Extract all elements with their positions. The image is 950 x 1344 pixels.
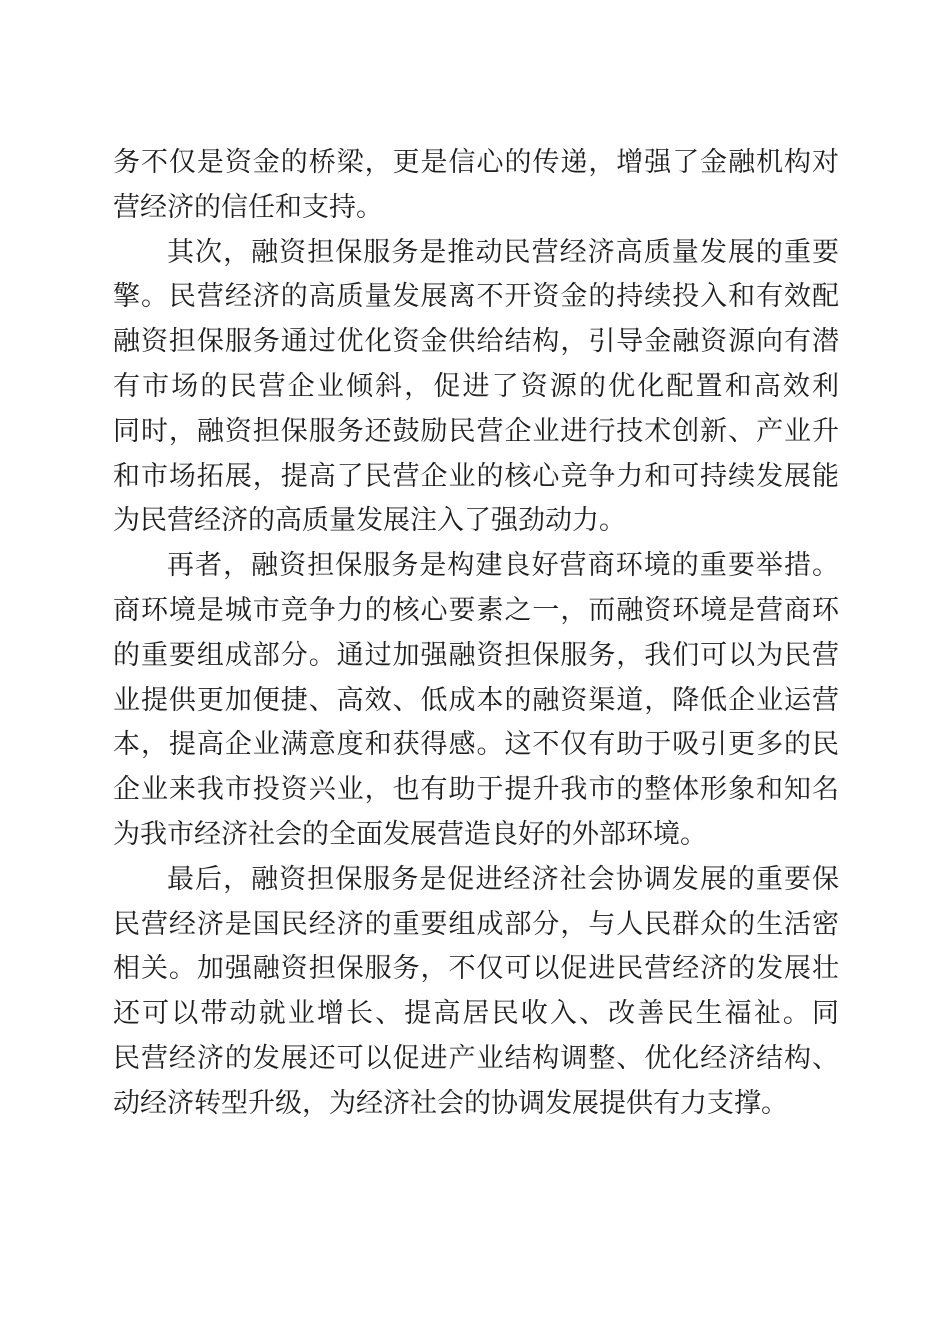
text-line: 相关。加强融资担保服务，不仅可以促进民营经济的发展壮大， <box>113 946 839 991</box>
text-line: 同时，融资担保服务还鼓励民营企业进行技术创新、产业升级 <box>113 409 839 454</box>
text-line: 还可以带动就业增长、提高居民收入、改善民生福祉。同时， <box>113 991 839 1036</box>
text-line: 营经济的信任和支持。 <box>113 185 839 230</box>
text-line: 最后，融资担保服务是促进经济社会协调发展的重要保障 <box>113 857 839 902</box>
text-line: 民营经济是国民经济的重要组成部分，与人民群众的生活密切 <box>113 902 839 947</box>
text-line: 务不仅是资金的桥梁，更是信心的传递，增强了金融机构对民 <box>113 140 839 185</box>
text-line: 企业来我市投资兴业，也有助于提升我市的整体形象和知名度， <box>113 767 839 812</box>
document-text: 务不仅是资金的桥梁，更是信心的传递，增强了金融机构对民营经济的信任和支持。其次，… <box>113 140 839 1126</box>
text-line: 有市场的民营企业倾斜，促进了资源的优化配置和高效利用。 <box>113 364 839 409</box>
text-line: 融资担保服务通过优化资金供给结构，引导金融资源向有潜力、 <box>113 319 839 364</box>
text-line: 其次，融资担保服务是推动民营经济高质量发展的重要引 <box>113 230 839 275</box>
text-line: 动经济转型升级，为经济社会的协调发展提供有力支撑。 <box>113 1081 839 1126</box>
text-line: 和市场拓展，提高了民营企业的核心竞争力和可持续发展能力， <box>113 454 839 499</box>
text-line: 为我市经济社会的全面发展营造良好的外部环境。 <box>113 812 839 857</box>
text-line: 本，提高企业满意度和获得感。这不仅有助于吸引更多的民营 <box>113 722 839 767</box>
text-line: 为民营经济的高质量发展注入了强劲动力。 <box>113 498 839 543</box>
text-line: 商环境是城市竞争力的核心要素之一，而融资环境是营商环境 <box>113 588 839 633</box>
text-line: 民营经济的发展还可以促进产业结构调整、优化经济结构、推 <box>113 1036 839 1081</box>
text-line: 的重要组成部分。通过加强融资担保服务，我们可以为民营企 <box>113 633 839 678</box>
text-line: 业提供更加便捷、高效、低成本的融资渠道，降低企业运营成 <box>113 678 839 723</box>
text-line: 再者，融资担保服务是构建良好营商环境的重要举措。营 <box>113 543 839 588</box>
paragraph: 务不仅是资金的桥梁，更是信心的传递，增强了金融机构对民营经济的信任和支持。 <box>113 140 839 230</box>
text-line: 擎。民营经济的高质量发展离不开资金的持续投入和有效配置。 <box>113 274 839 319</box>
paragraph: 最后，融资担保服务是促进经济社会协调发展的重要保障民营经济是国民经济的重要组成部… <box>113 857 839 1126</box>
document-page: 务不仅是资金的桥梁，更是信心的传递，增强了金融机构对民营经济的信任和支持。其次，… <box>0 0 950 1344</box>
paragraph: 再者，融资担保服务是构建良好营商环境的重要举措。营商环境是城市竞争力的核心要素之… <box>113 543 839 857</box>
paragraph: 其次，融资担保服务是推动民营经济高质量发展的重要引擎。民营经济的高质量发展离不开… <box>113 230 839 544</box>
